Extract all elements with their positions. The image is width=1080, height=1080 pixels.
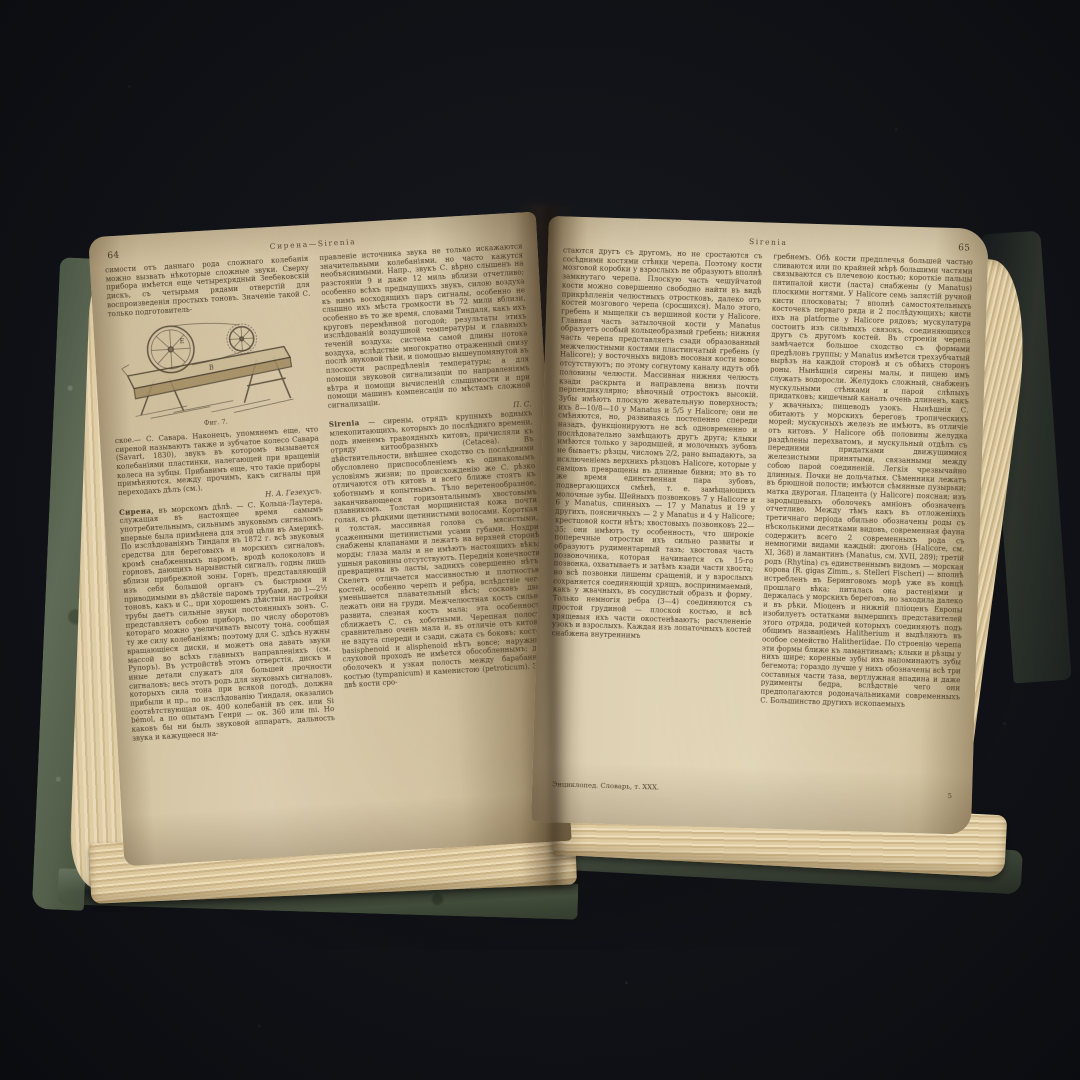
column-text-block: симости отъ даннаго рода сложнаго колеба… [105,255,311,319]
volume-footnote: Энциклопед. Словарь, т. XXX. [552,780,659,791]
figure-label-E: E [179,337,184,345]
left-page: 64 Сирена—Sirenia симости отъ даннаго ро… [88,212,572,867]
text-paragraph: гребнемъ. Обѣ кости предплечья большей ч… [760,253,973,711]
right-page-number: 65 [924,242,970,253]
right-page-column-2: гребнемъ. Обѣ кости предплечья большей ч… [758,253,973,787]
figure-siren-apparatus: E B Фиг. 7. [108,310,318,433]
right-page: Sirenia 65 стаются другъ съ другомъ, но … [531,216,989,835]
right-page-columns: стаются другъ съ другомъ, но не сростают… [532,246,987,787]
column-text-block: ское.— С. Савара. Наконецъ, упомянемъ ещ… [115,425,336,743]
text-paragraph: правленіе источника звука не только иска… [319,242,531,410]
engraving-savart-wheel-illustration: E B [108,310,317,424]
left-page-columns: симости отъ даннаго рода сложнаго колеба… [90,242,569,827]
right-page-column-1: стаются другъ съ другомъ, но не сростают… [547,246,762,780]
text-paragraph: ское.— С. Савара. Наконецъ, упомянемъ ещ… [115,425,322,498]
figure-label-B: B [209,363,214,371]
header-spacer [566,239,612,240]
header-spacer [473,235,519,238]
left-page-number: 64 [107,249,153,262]
left-page-column-1: симости отъ даннаго рода сложнаго колеба… [105,255,340,826]
text-paragraph: Sirenia — сирены, отрядъ крупныхъ водных… [329,410,548,691]
text-paragraph: симости отъ даннаго рода сложнаго колеба… [105,255,311,319]
photo-of-open-book: 64 Сирена—Sirenia симости отъ даннаго ро… [0,0,1080,1080]
left-page-column-2: правленіе источника звука не только иска… [319,242,554,813]
text-paragraph: стаются другъ съ другомъ, но не сростают… [551,246,762,643]
text-paragraph: Сирена, въ морскомъ дѣлѣ. — С. Кольца-Ла… [119,497,336,743]
signature-number: 5 [948,792,953,800]
